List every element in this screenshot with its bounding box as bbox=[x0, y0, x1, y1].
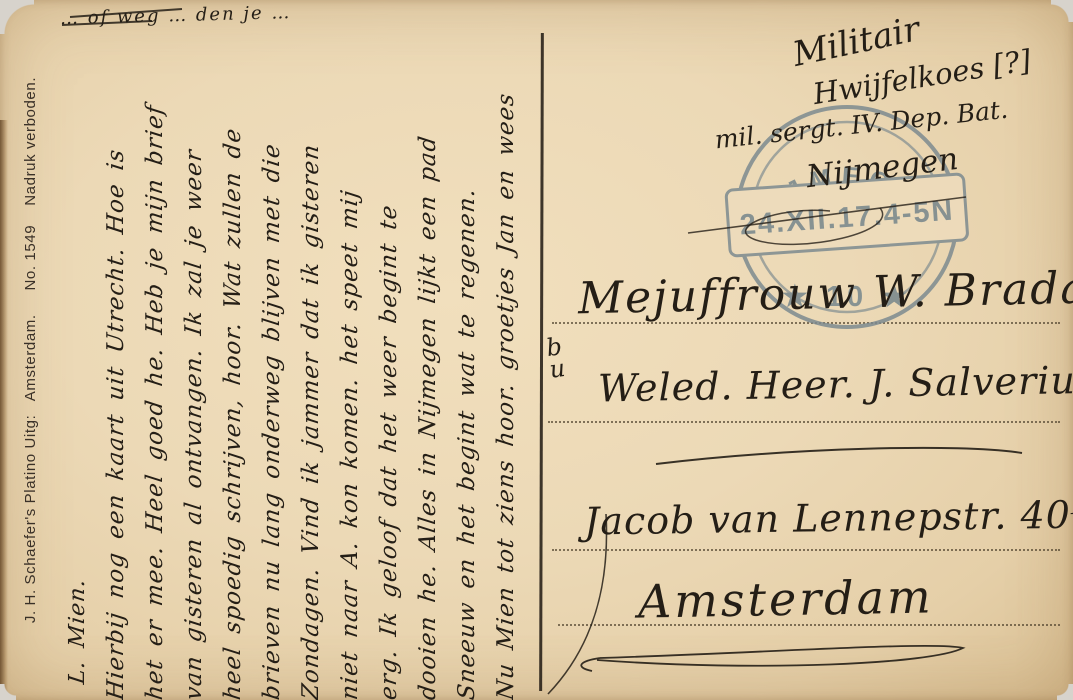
message-line: brieven nu lang onderweg blijven met die bbox=[253, 6, 292, 700]
handwritten-message: L. Mien. Hierbij nog een kaart uit Utrec… bbox=[58, 8, 532, 700]
address-city: Amsterdam bbox=[638, 569, 935, 628]
message-line: dooien he. Alles in Nijmegen lijkt een p… bbox=[409, 6, 448, 700]
message-line: Hierbij nog een kaart uit Utrecht. Hoe i… bbox=[97, 6, 136, 700]
address-dotted-rule bbox=[552, 549, 1060, 551]
address-dotted-rule bbox=[548, 421, 1060, 423]
message-line: erg. Ik geloof dat het weer begint te bbox=[370, 6, 409, 700]
address-street: Jacob van Lennepstr. 40II bbox=[584, 492, 1073, 543]
address-recipient: Mejuffrouw W. Brada bbox=[578, 263, 1073, 325]
message-line: heel spoedig schrijven, hoor. Wat zullen… bbox=[214, 6, 253, 700]
message-line: het er mee. Heel goed he. Heb je mijn br… bbox=[136, 6, 175, 700]
message-salutation: L. Mien. bbox=[58, 6, 97, 700]
publisher-imprint: J. H. Schaefer's Platino Uitg: Amsterdam… bbox=[14, 0, 48, 700]
address-care-of-name: Weled. Heer. J. Salverius. bbox=[598, 358, 1073, 411]
care-of-bottom: u bbox=[548, 357, 566, 381]
street-text: Jacob van Lennepstr. 40 bbox=[584, 493, 1071, 544]
message-line: Nu Mien tot ziens hoor. groetjes Jan en … bbox=[487, 6, 526, 700]
card-left-edge-shadow bbox=[0, 120, 8, 700]
postcard-scan: J. H. Schaefer's Platino Uitg: Amsterdam… bbox=[0, 0, 1073, 700]
message-line: niet naar A. kon komen. het speet mij bbox=[331, 6, 370, 700]
message-line: van gisteren al ontvangen. Ik zal je wee… bbox=[175, 6, 214, 700]
scan-corner bbox=[0, 0, 34, 34]
message-line: Sneeuw en het begint wat te regenen. bbox=[448, 6, 487, 700]
scan-corner bbox=[1057, 684, 1073, 700]
message-line: Zondagen. Vind ik jammer dat ik gisteren bbox=[292, 6, 331, 700]
scan-corner bbox=[0, 684, 16, 700]
scan-corner bbox=[1051, 0, 1073, 22]
